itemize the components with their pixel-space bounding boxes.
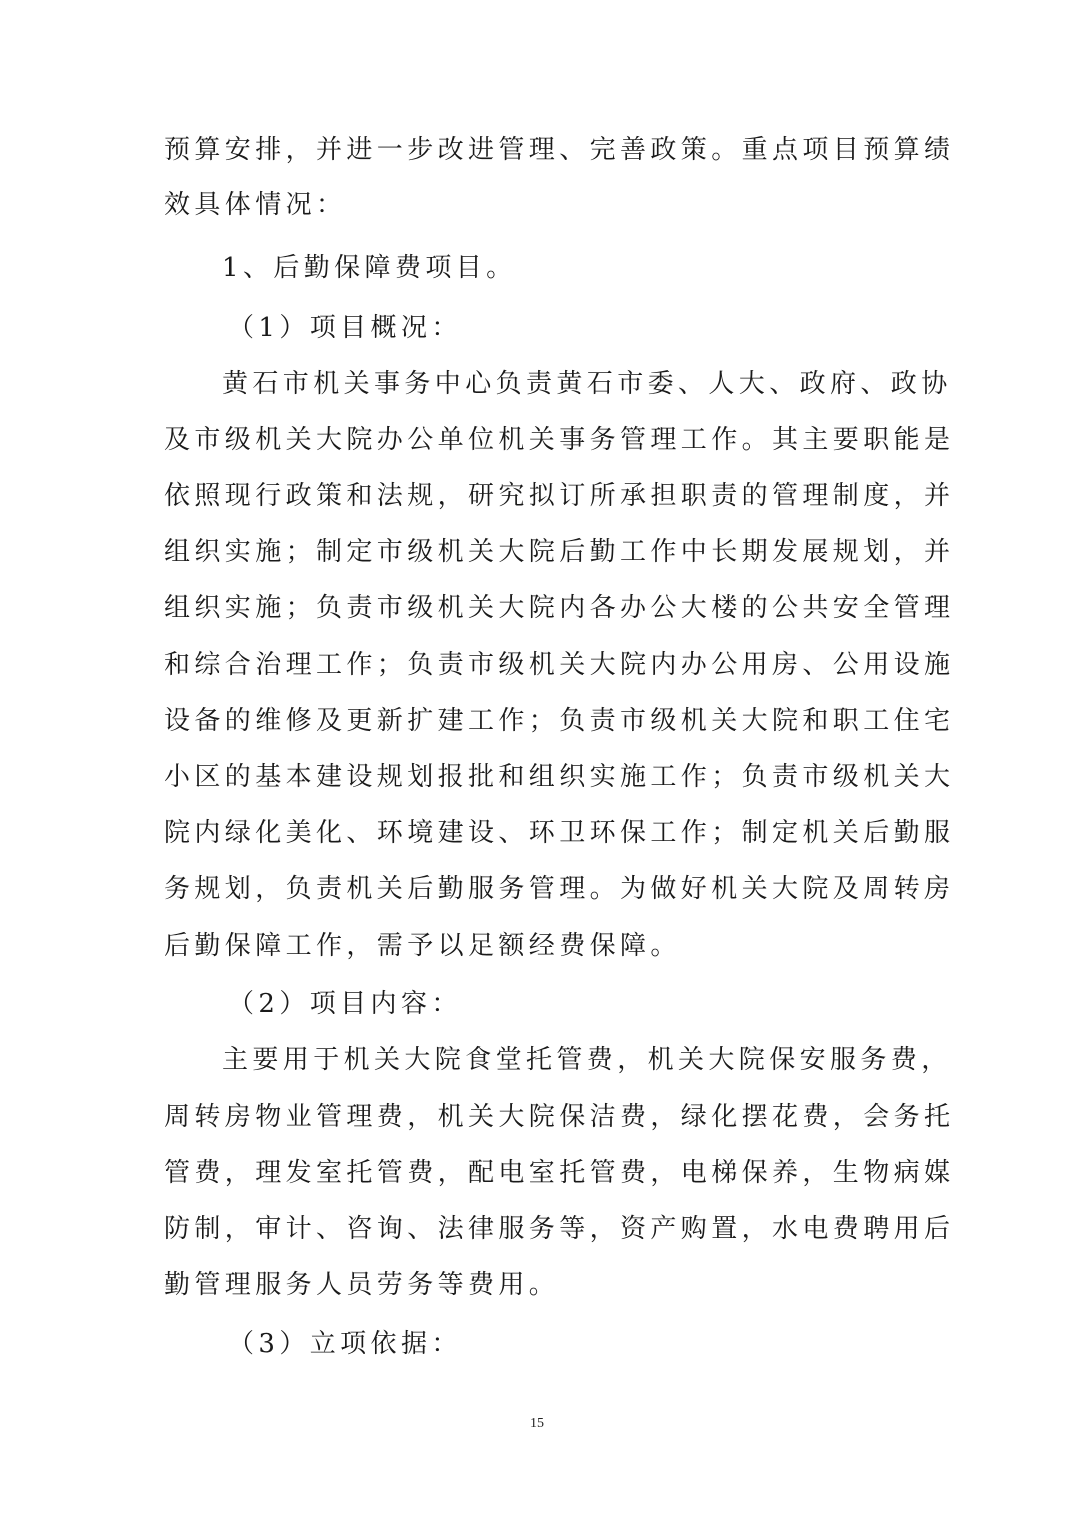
body-line: 预算安排，并进一步改进管理、完善政策。重点项目预算绩 — [164, 130, 954, 170]
paragraph-first-line: 主要用于机关大院食堂托管费，机关大院保安服务费， — [222, 1040, 952, 1080]
body-line: 组织实施；制定市级机关大院后勤工作中长期发展规划，并 — [164, 532, 954, 572]
body-line: 周转房物业管理费，机关大院保洁费，绿化摆花费，会务托 — [164, 1097, 954, 1137]
body-line: 及市级机关大院办公单位机关事务管理工作。其主要职能是 — [164, 420, 954, 460]
body-line: 管费，理发室托管费，配电室托管费，电梯保养，生物病媒 — [164, 1153, 954, 1193]
body-line: 和综合治理工作；负责市级机关大院内办公用房、公用设施 — [164, 645, 954, 685]
subsection-heading: （3）立项依据： — [228, 1324, 462, 1364]
body-line: 设备的维修及更新扩建工作；负责市级机关大院和职工住宅 — [164, 701, 954, 741]
body-line: 勤管理服务人员劳务等费用。 — [164, 1265, 559, 1305]
body-line: 组织实施；负责市级机关大院内各办公大楼的公共安全管理 — [164, 588, 954, 628]
body-line: 务规划，负责机关后勤服务管理。为做好机关大院及周转房 — [164, 869, 954, 909]
body-line: 效具体情况： — [164, 185, 346, 225]
subsection-heading: （1）项目概况： — [228, 308, 462, 348]
body-line: 小区的基本建设规划报批和组织实施工作；负责市级机关大 — [164, 757, 954, 797]
body-line: 后勤保障工作，需予以足额经费保障。 — [164, 926, 681, 966]
section-heading: 1、后勤保障费项目。 — [222, 248, 517, 288]
page-number: 15 — [0, 1416, 1074, 1432]
paragraph-first-line: 黄石市机关事务中心负责黄石市委、人大、政府、政协 — [222, 364, 952, 404]
subsection-heading: （2）项目内容： — [228, 984, 462, 1024]
body-line: 防制，审计、咨询、法律服务等，资产购置，水电费聘用后 — [164, 1209, 954, 1249]
body-line: 依照现行政策和法规，研究拟订所承担职责的管理制度，并 — [164, 476, 954, 516]
body-line: 院内绿化美化、环境建设、环卫环保工作；制定机关后勤服 — [164, 813, 954, 853]
